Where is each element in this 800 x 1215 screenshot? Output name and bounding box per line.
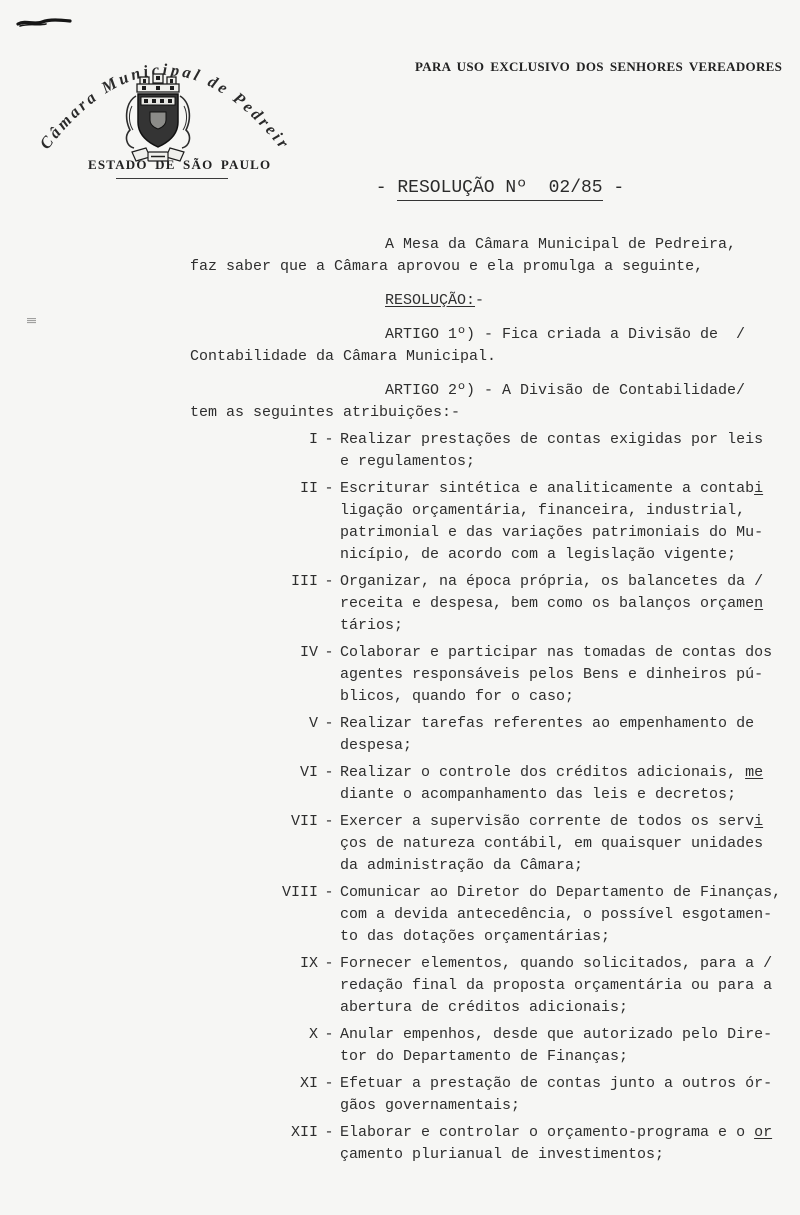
item-numeral: VII	[190, 811, 318, 877]
item-line: agentes responsáveis pelos Bens e dinhei…	[340, 664, 772, 686]
item-numeral: II	[190, 478, 318, 566]
item-dash: -	[318, 882, 340, 948]
paragraph-line: tem as seguintes atribuições:-	[190, 402, 770, 424]
item-line: abertura de créditos adicionais;	[340, 997, 772, 1019]
paragraph-line: A Mesa da Câmara Municipal de Pedreira,	[385, 234, 770, 256]
list-item: VIII- Comunicar ao Diretor do Departamen…	[190, 882, 770, 948]
list-item: V- Realizar tarefas referentes ao empenh…	[190, 713, 770, 757]
exclusive-use-notice: PARA USO EXCLUSIVO DOS SENHORES VEREADOR…	[415, 59, 782, 75]
item-line: çamento plurianual de investimentos;	[340, 1144, 772, 1166]
item-numeral: IV	[190, 642, 318, 708]
item-line: tor do Departamento de Finanças;	[340, 1046, 772, 1068]
title-left-dash: -	[376, 178, 398, 198]
paragraph-line: Contabilidade da Câmara Municipal.	[190, 346, 770, 368]
item-line: Efetuar a prestação de contas junto a ou…	[340, 1073, 772, 1095]
state-caption: ESTADO DE SÃO PAULO	[88, 157, 248, 173]
item-numeral: I	[190, 429, 318, 473]
item-line: ços de natureza contábil, em quaisquer u…	[340, 833, 763, 855]
item-dash: -	[318, 478, 340, 566]
item-dash: -	[318, 571, 340, 637]
item-numeral: VI	[190, 762, 318, 806]
list-item: XI- Efetuar a prestação de contas junto …	[190, 1073, 770, 1117]
list-item: VI- Realizar o controle dos créditos adi…	[190, 762, 770, 806]
item-line: tários;	[340, 615, 763, 637]
attribution-list: I- Realizar prestações de contas exigida…	[190, 429, 770, 1166]
item-line: redação final da proposta orçamentária o…	[340, 975, 772, 997]
item-line: gãos governamentais;	[340, 1095, 772, 1117]
item-line: com a devida antecedência, o possível es…	[340, 904, 781, 926]
item-numeral: X	[190, 1024, 318, 1068]
list-item: II- Escriturar sintética e analiticament…	[190, 478, 770, 566]
item-line: Escriturar sintética e analiticamente a …	[340, 478, 763, 500]
item-numeral: III	[190, 571, 318, 637]
item-numeral: XI	[190, 1073, 318, 1117]
document-body: A Mesa da Câmara Municipal de Pedreira, …	[190, 234, 770, 1166]
item-line: Realizar tarefas referentes ao empenhame…	[340, 713, 754, 735]
item-line: Anular empenhos, desde que autorizado pe…	[340, 1024, 772, 1046]
list-item: IV- Colaborar e participar nas tomadas d…	[190, 642, 770, 708]
scanned-document-page: Câmara Municipal de Pedreira	[0, 0, 800, 1215]
item-line: da administração da Câmara;	[340, 855, 763, 877]
item-line: blicos, quando for o caso;	[340, 686, 772, 708]
item-numeral: IX	[190, 953, 318, 1019]
pen-stroke-artifact	[16, 14, 72, 32]
item-numeral: XII	[190, 1122, 318, 1166]
item-dash: -	[318, 713, 340, 757]
item-line: Realizar o controle dos créditos adicion…	[340, 762, 763, 784]
item-line: diante o acompanhamento das leis e decre…	[340, 784, 763, 806]
title-text: RESOLUÇÃO Nº 02/85	[397, 178, 602, 201]
item-dash: -	[318, 953, 340, 1019]
item-dash: -	[318, 762, 340, 806]
item-line: ligação orçamentária, financeira, indust…	[340, 500, 763, 522]
item-line: Fornecer elementos, quando solicitados, …	[340, 953, 772, 975]
item-dash: -	[318, 642, 340, 708]
item-line: nicípio, de acordo com a legislação vige…	[340, 544, 763, 566]
item-line: Comunicar ao Diretor do Departamento de …	[340, 882, 781, 904]
state-caption-underline	[116, 178, 228, 179]
item-line: Elaborar e controlar o orçamento-program…	[340, 1122, 772, 1144]
item-line: Realizar prestações de contas exigidas p…	[340, 429, 763, 451]
item-line: despesa;	[340, 735, 754, 757]
item-dash: -	[318, 1024, 340, 1068]
item-dash: -	[318, 1073, 340, 1117]
item-line: e regulamentos;	[340, 451, 763, 473]
list-item: IX- Fornecer elementos, quando solicitad…	[190, 953, 770, 1019]
list-item: VII- Exercer a supervisão corrente de to…	[190, 811, 770, 877]
item-line: receita e despesa, bem como os balanços …	[340, 593, 763, 615]
list-item: X- Anular empenhos, desde que autorizado…	[190, 1024, 770, 1068]
item-line: to das dotações orçamentárias;	[340, 926, 781, 948]
resolucao-heading: RESOLUÇÃO:-	[385, 290, 770, 312]
smudge-artifact	[27, 318, 36, 324]
item-numeral: VIII	[190, 882, 318, 948]
item-dash: -	[318, 811, 340, 877]
list-item: III- Organizar, na época própria, os bal…	[190, 571, 770, 637]
item-dash: -	[318, 429, 340, 473]
item-line: Organizar, na época própria, os balancet…	[340, 571, 763, 593]
item-line: Colaborar e participar nas tomadas de co…	[340, 642, 772, 664]
artigo-2-line: ARTIGO 2º) - A Divisão de Contabilidade/	[385, 380, 770, 402]
item-dash: -	[318, 1122, 340, 1166]
title-right-dash: -	[603, 178, 625, 198]
list-item: I- Realizar prestações de contas exigida…	[190, 429, 770, 473]
item-line: Exercer a supervisão corrente de todos o…	[340, 811, 763, 833]
paragraph-line: faz saber que a Câmara aprovou e ela pro…	[190, 256, 770, 278]
item-numeral: V	[190, 713, 318, 757]
artigo-1-line: ARTIGO 1º) - Fica criada a Divisão de /	[385, 324, 770, 346]
resolution-title: - RESOLUÇÃO Nº 02/85 -	[350, 178, 650, 198]
list-item: XII- Elaborar e controlar o orçamento-pr…	[190, 1122, 770, 1166]
item-line: patrimonial e das variações patrimoniais…	[340, 522, 763, 544]
